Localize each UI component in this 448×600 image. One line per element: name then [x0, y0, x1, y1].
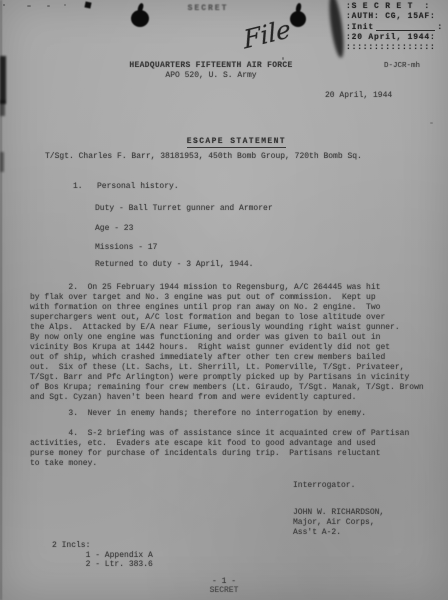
classification-stamp: :S E C R E T : :AUTH: CG, 15AF: :Init : …	[346, 2, 443, 53]
office-symbol: D-JCR-mh	[384, 61, 420, 71]
classification-footer: SECRET	[0, 586, 448, 596]
stamp-init-rule	[376, 22, 435, 31]
para2-narrative: 2. On 25 February 1944 mission to Regens…	[30, 283, 442, 403]
signature-role: Interrogator.	[293, 481, 355, 491]
stamp-init-line: :Init :	[346, 22, 443, 33]
stamp-secret-line: :S E C R E T :	[346, 2, 443, 12]
stamp-border-line: ::::::::::::::::	[346, 43, 443, 53]
stamp-date-line: :20 April, 1944:	[346, 33, 443, 43]
para1-duty: Duty - Ball Turret gunner and Armorer	[95, 204, 273, 214]
para4-briefing: 4. S-2 briefing was of assistance since …	[30, 429, 442, 469]
speck	[282, 57, 284, 60]
stamp-init-colon: :	[437, 23, 443, 33]
letterhead-org: HEADQUARTERS FIFTEENTH AIR FORCE	[0, 61, 422, 71]
para1-returned: Returned to duty - 3 April, 1944.	[95, 260, 253, 270]
stamp-auth-line: :AUTH: CG, 15AF:	[346, 12, 443, 22]
signature-name: JOHN W. RICHARDSON,	[293, 508, 384, 518]
document-title-text: ESCAPE STATEMENT	[187, 137, 286, 148]
scanned-document-page: SECRET :S E C R E T : :AUTH: CG, 15AF: :…	[0, 0, 448, 600]
scan-edge-shade	[0, 0, 2, 600]
para1-age: Age - 23	[95, 224, 133, 234]
para1-missions: Missions - 17	[95, 243, 157, 253]
para1-heading: 1. Personal history.	[73, 182, 179, 192]
signature-title: Ass't A-2.	[293, 528, 341, 538]
para3-interrogation: 3. Never in enemy hands; therefore no in…	[30, 409, 442, 419]
enclosures-list: 2 Incls: 1 - Appendix A 2 - Ltr. 383.6	[52, 541, 153, 570]
stamp-init-label: :Init	[346, 23, 374, 33]
signature-rank: Major, Air Corps,	[293, 518, 375, 528]
letterhead-address: APO 520, U. S. Army	[0, 71, 422, 81]
speck	[430, 122, 433, 124]
subject-line: T/Sgt. Charles F. Barr, 38181953, 450th …	[45, 152, 362, 162]
handwritten-file-note: File	[242, 14, 292, 55]
document-date: 20 April, 1944	[325, 91, 392, 101]
